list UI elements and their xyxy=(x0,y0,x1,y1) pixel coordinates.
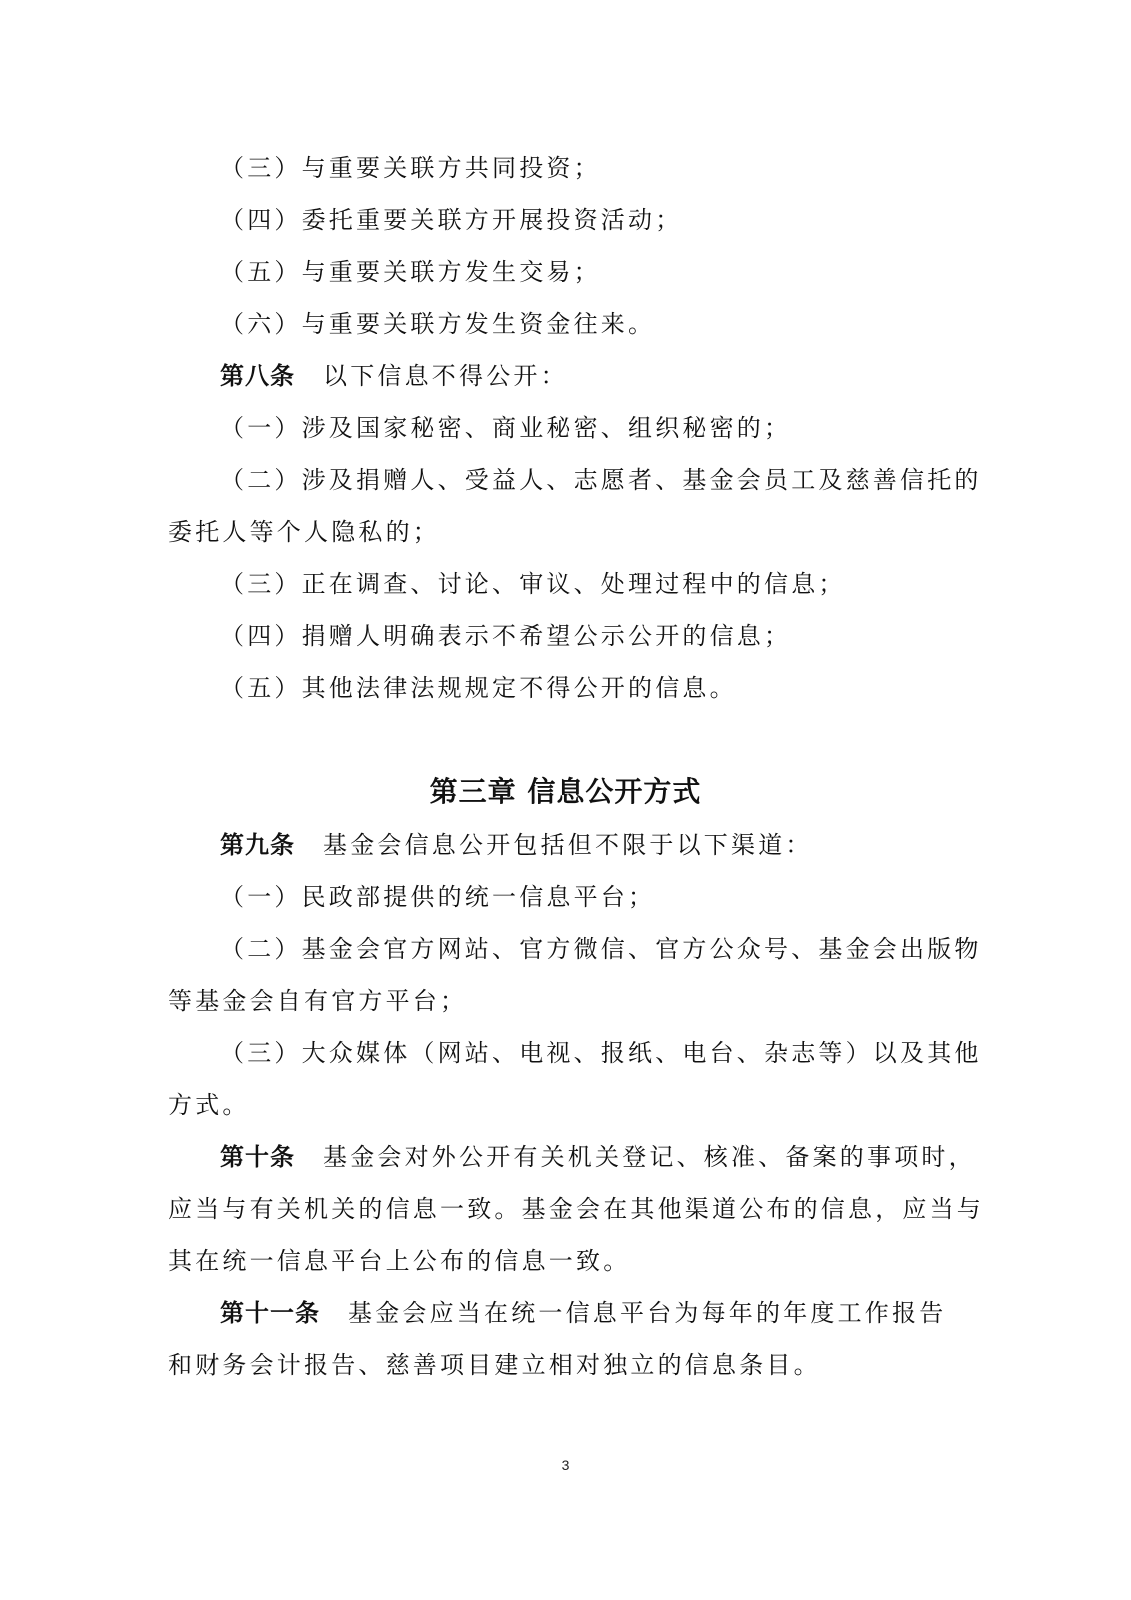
article-label: 第九条 xyxy=(220,831,295,859)
article-text: 基金会应当在统一信息平台为每年的年度工作报告 xyxy=(348,1299,946,1327)
article-9: 第九条基金会信息公开包括但不限于以下渠道： xyxy=(220,830,1000,860)
list-item: （五）与重要关联方发生交易； xyxy=(220,257,1000,287)
list-item: （一）民政部提供的统一信息平台； xyxy=(220,882,1000,912)
paragraph-continuation: 和财务会计报告、慈善项目建立相对独立的信息条目。 xyxy=(168,1350,948,1380)
article-8: 第八条以下信息不得公开： xyxy=(220,361,1000,391)
article-text: 以下信息不得公开： xyxy=(323,362,568,390)
list-item: （四）委托重要关联方开展投资活动； xyxy=(220,205,1000,235)
list-item: （二）涉及捐赠人、受益人、志愿者、基金会员工及慈善信托的 xyxy=(220,465,1000,495)
article-label: 第八条 xyxy=(220,362,295,390)
list-item: （五）其他法律法规规定不得公开的信息。 xyxy=(220,673,1000,703)
article-10: 第十条基金会对外公开有关机关登记、核准、备案的事项时， xyxy=(220,1142,1000,1172)
list-item: （三）大众媒体（网站、电视、报纸、电台、杂志等）以及其他 xyxy=(220,1038,1000,1068)
paragraph-continuation: 其在统一信息平台上公布的信息一致。 xyxy=(168,1246,948,1276)
paragraph-continuation: 应当与有关机关的信息一致。基金会在其他渠道公布的信息，应当与 xyxy=(168,1194,948,1224)
article-label: 第十一条 xyxy=(220,1299,320,1327)
document-page: （三）与重要关联方共同投资； （四）委托重要关联方开展投资活动； （五）与重要关… xyxy=(0,0,1131,1600)
article-label: 第十条 xyxy=(220,1143,295,1171)
article-text: 基金会对外公开有关机关登记、核准、备案的事项时， xyxy=(323,1143,976,1171)
list-item: （三）与重要关联方共同投资； xyxy=(220,153,1000,183)
page-number: 3 xyxy=(0,1457,1131,1473)
list-item-continuation: 等基金会自有官方平台； xyxy=(168,986,948,1016)
article-11: 第十一条基金会应当在统一信息平台为每年的年度工作报告 xyxy=(220,1298,1000,1328)
list-item-continuation: 委托人等个人隐私的； xyxy=(168,517,948,547)
list-item: （二）基金会官方网站、官方微信、官方公众号、基金会出版物 xyxy=(220,934,1000,964)
chapter-title: 第三章 信息公开方式 xyxy=(0,775,1131,809)
list-item: （四）捐赠人明确表示不希望公示公开的信息； xyxy=(220,621,1000,651)
article-text: 基金会信息公开包括但不限于以下渠道： xyxy=(323,831,813,859)
list-item: （六）与重要关联方发生资金往来。 xyxy=(220,309,1000,339)
list-item: （三）正在调查、讨论、审议、处理过程中的信息； xyxy=(220,569,1000,599)
list-item-continuation: 方式。 xyxy=(168,1090,948,1120)
list-item: （一）涉及国家秘密、商业秘密、组织秘密的； xyxy=(220,413,1000,443)
